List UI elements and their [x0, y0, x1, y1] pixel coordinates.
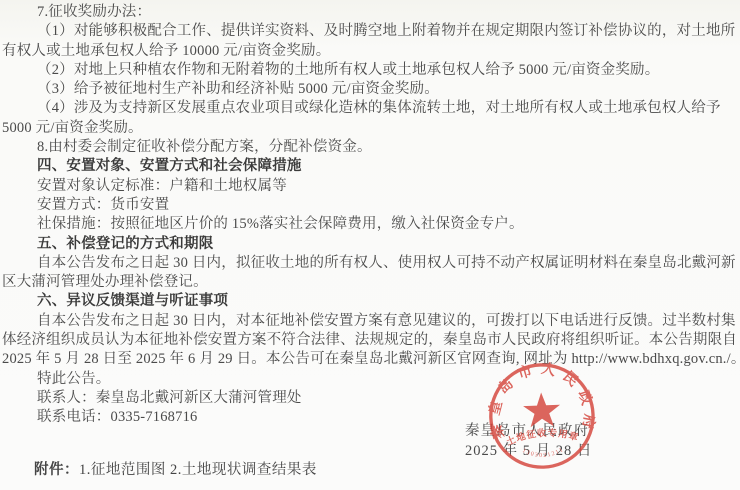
contact-person-line: 联系人：秦皇岛北戴河新区大蒲河管理处	[2, 389, 738, 408]
doc-line: 有权人或土地承包权人给予 10000 元/亩资金奖励。	[2, 42, 738, 61]
doc-line: 2025 年 5 月 28 日至 2025 年 6 月 29 日。本公告可在秦皇…	[2, 350, 738, 369]
doc-line: 自本公告发布之日起 30 日内，对本征地补偿安置方案有意见建议的，可拨打以下电话…	[2, 312, 738, 331]
doc-line: 5000 元/亩资金奖励。	[2, 119, 738, 138]
doc-line: 区大蒲河管理处办理补偿登记。	[2, 273, 738, 292]
doc-line: 安置对象认定标准：户籍和土地权属等	[2, 177, 738, 196]
doc-line: 社保措施：按照征地区片价的 15%落实社会保障费用，缴入社保资金专户。	[2, 215, 738, 234]
notice-body: 7.征收奖励办法： （1）对能够积极配合工作、提供详实资料、及时腾空地上附着物并…	[2, 3, 738, 428]
doc-line: 自本公告发布之日起 30 日内，拟征收土地的所有权人、使用权人可持不动产权属证明…	[2, 254, 738, 273]
signature-org: 秦皇岛市人民政府	[465, 422, 592, 442]
document-page: { "document": { "lines": [ "7.征收奖励办法：", …	[0, 0, 740, 490]
doc-line: 7.征收奖励办法：	[2, 3, 738, 22]
doc-line: （3）给予被征地村生产补助和经济补贴 5000 元/亩资金奖励。	[2, 80, 738, 99]
doc-line: （4）涉及为支持新区发展重点农业项目或绿化造林的集体流转土地，对土地所有权人或土…	[2, 99, 738, 118]
signature-block: 秦皇岛市人民政府 2025 年 5 月 28 日	[465, 422, 592, 461]
section-heading-5: 五、补偿登记的方式和期限	[2, 235, 738, 254]
doc-line: 8.由村委会制定征收补偿分配方案，分配补偿资金。	[2, 138, 738, 157]
attachment-label: 附件：	[34, 462, 79, 478]
attachments-line: 附件：1.征地范围图 2.土地现状调查结果表	[34, 458, 317, 479]
doc-line: （2）对地上只种植农作物和无附着物的土地所有权人或土地承包权人给予 5000 元…	[2, 61, 738, 80]
section-heading-4: 四、安置对象、安置方式和社会保障措施	[2, 157, 738, 176]
contact-phone-line: 联系电话：0335-7168716	[2, 408, 738, 427]
attachment-items: 1.征地范围图 2.土地现状调查结果表	[79, 462, 317, 478]
doc-line: 体经济组织成员认为本征地补偿安置方案不符合法律、法规规定的，秦皇岛市人民政府将组…	[2, 331, 738, 350]
doc-line: 安置方式：货币安置	[2, 196, 738, 215]
section-heading-6: 六、异议反馈渠道与听证事项	[2, 292, 738, 311]
signature-date: 2025 年 5 月 28 日	[465, 442, 592, 462]
doc-line: 特此公告。	[2, 370, 738, 389]
doc-line: （1）对能够积极配合工作、提供详实资料、及时腾空地上附着物并在规定期限内签订补偿…	[2, 22, 738, 41]
